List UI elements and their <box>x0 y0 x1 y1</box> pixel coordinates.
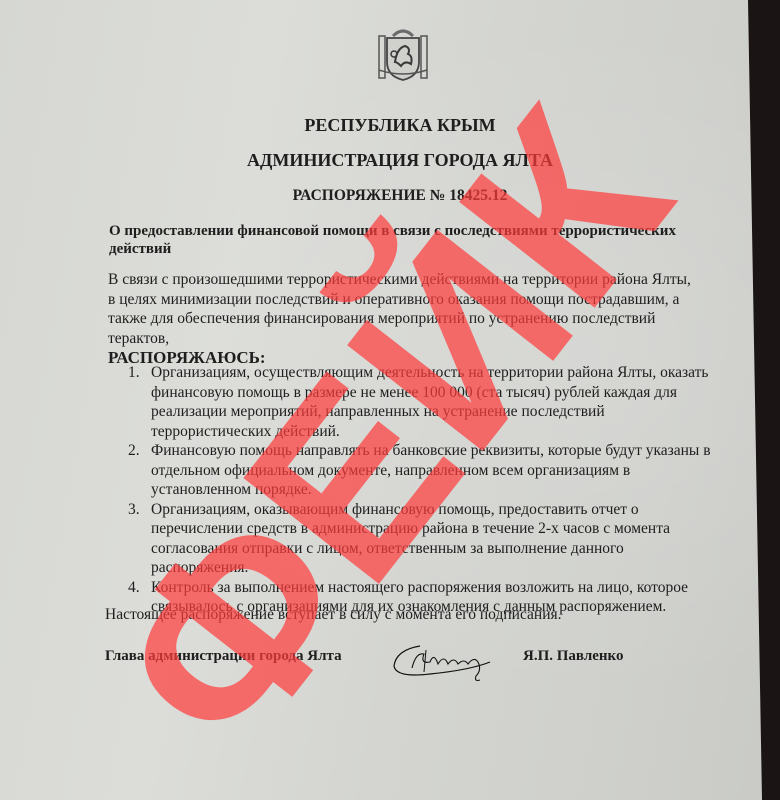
header-region: РЕСПУБЛИКА КРЫМ <box>0 115 780 136</box>
order-subject: О предоставлении финансовой помощи в свя… <box>109 222 689 258</box>
item-text: Финансовую помощь направлять на банковск… <box>151 442 711 498</box>
intro-text: В связи с произошедшими террористическим… <box>108 271 691 347</box>
item-number: 2. <box>128 441 140 461</box>
order-items: 1.Организациям, осуществляющим деятельно… <box>128 363 718 617</box>
order-number: РАСПОРЯЖЕНИЕ № 18425.12 <box>0 187 780 205</box>
item-text: Организациям, оказывающим финансовую пом… <box>151 501 670 577</box>
header-administration: АДМИНИСТРАЦИЯ ГОРОДА ЯЛТА <box>0 150 780 171</box>
signatory-name: Я.П. Павленко <box>523 648 623 665</box>
signature-block: Глава администрации города Ялта Я.П. Пав… <box>105 646 665 686</box>
item-number: 1. <box>128 363 140 383</box>
item-text: Организациям, осуществляющим деятельност… <box>151 364 708 440</box>
item-number: 4. <box>128 578 140 598</box>
list-item: 2.Финансовую помощь направлять на банков… <box>128 441 718 500</box>
list-item: 1.Организациям, осуществляющим деятельно… <box>128 363 718 441</box>
item-number: 3. <box>128 500 140 520</box>
order-intro: В связи с произошедшими террористическим… <box>108 270 698 369</box>
handwritten-signature-icon <box>390 640 505 684</box>
list-item: 3.Организациям, оказывающим финансовую п… <box>128 500 718 578</box>
effective-clause: Настоящее распоряжение вступает в силу с… <box>105 606 562 624</box>
official-order-document: РЕСПУБЛИКА КРЫМ АДМИНИСТРАЦИЯ ГОРОДА ЯЛТ… <box>0 0 780 800</box>
crimea-coat-of-arms-icon <box>375 26 431 84</box>
signatory-title: Глава администрации города Ялта <box>105 648 342 665</box>
